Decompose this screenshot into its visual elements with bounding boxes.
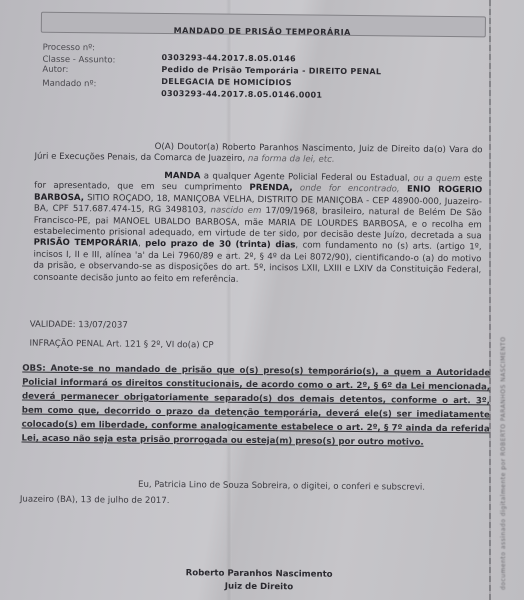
mandado-label: Mandado nº: [42, 79, 96, 90]
infracao-penal: INFRAÇÃO PENAL Art. 121 § 2º, VI do(a) C… [29, 339, 213, 351]
order-italic-2: onde for encontrado, [293, 184, 408, 195]
order-italic-3: nascido em [210, 206, 261, 217]
autor-value: DELEGACIA DE HOMICÍDIOS [161, 77, 292, 87]
prazo-text: pelo prazo de 30 (trinta) dias [145, 239, 295, 251]
place-date: Juazeiro (BA), 13 de julho de 2017. [20, 494, 170, 506]
order-italic-1: ou a quem [413, 174, 460, 184]
mandado-value: 0303293-44.2017.8.05.0146.0001 [161, 89, 322, 100]
validade: VALIDADE: 13/07/2037 [30, 320, 128, 331]
classe-value: Pedido de Prisão Temporária - DIREITO PE… [161, 65, 381, 76]
autor-label: Autor: [42, 65, 68, 75]
intro-italic: na forma da lei, etc. [248, 154, 335, 165]
warrant-document: MANDADO DE PRISÃO TEMPORÁRIA Processo nº… [0, 0, 524, 600]
signature-role: Juiz de Direito [0, 579, 521, 594]
obs-paragraph: OBS: Anote-se no mandado de prisão que o… [21, 362, 490, 451]
intro-paragraph: O(A) Doutor(a) Roberto Paranhos Nascimen… [34, 141, 482, 169]
manda-keyword: MANDA [164, 171, 200, 181]
order-paragraph: MANDA a qualquer Agente Policial Federal… [33, 170, 482, 289]
processo-label: Processo nº: [43, 43, 96, 54]
order-text-1: a qualquer Agente Policial Federal ou Es… [200, 171, 413, 183]
prenda-keyword: PRENDA, [249, 183, 292, 193]
prisao-keyword: PRISÃO TEMPORÁRIA [34, 238, 139, 249]
processo-value: 0303293-44.2017.8.05.0146 [161, 53, 295, 63]
subscription: Eu, Patricia Lino de Souza Sobreira, o d… [138, 480, 425, 493]
